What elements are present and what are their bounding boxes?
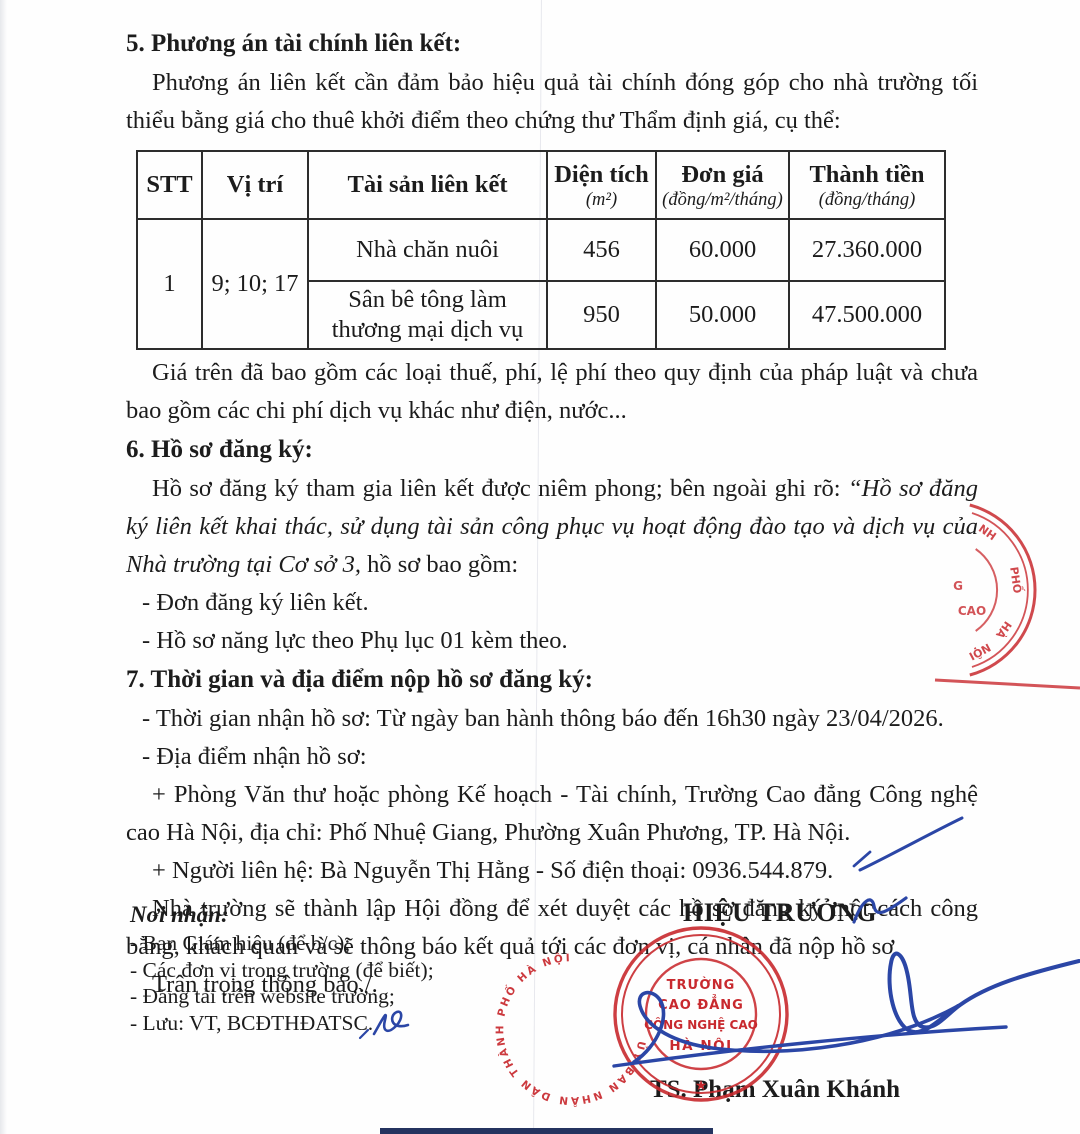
recipients-item-2: - Các đơn vị trong trường (để biết); — [130, 957, 550, 984]
section5-paragraph: Phương án liên kết cần đảm bảo hiệu quả … — [126, 64, 978, 140]
scan-bottom-artifact — [380, 1128, 713, 1134]
cell-unitprice-1: 60.000 — [656, 219, 789, 281]
cell-asset-2: Sân bê tông làm thương mại dịch vụ — [308, 281, 547, 349]
cell-area-2: 950 — [547, 281, 656, 349]
section7-line-1: - Thời gian nhận hồ sơ: Từ ngày ban hành… — [126, 700, 978, 738]
col-header-unitprice: Đơn giá (đồng/m²/tháng) — [656, 151, 789, 219]
signature-stroke-underline — [614, 1027, 1006, 1066]
col-header-vitri: Vị trí — [202, 151, 308, 219]
col-header-total-label: Thành tiền — [809, 161, 924, 188]
section5-heading: 5. Phương án tài chính liên kết: — [126, 24, 978, 64]
recipients-item-3: - Đăng tải trên website trường; — [130, 983, 550, 1010]
col-header-area-label: Diện tích — [554, 161, 649, 188]
cell-asset-1: Nhà chăn nuôi — [308, 219, 547, 281]
signature-stroke-main — [890, 954, 1079, 1032]
financial-table: STT Vị trí Tài sản liên kết Diện tích (m… — [136, 150, 946, 350]
partial-stamp-inner-arc — [976, 549, 997, 631]
pen-mark-after-title-stroke — [854, 898, 906, 922]
pen-initial-loop — [374, 1012, 408, 1034]
recipients-item-1: - Ban Giám hiệu (để b/c); — [130, 930, 550, 957]
partial-stamp-smudge-line — [935, 680, 1080, 688]
col-header-unitprice-unit: (đồng/m²/tháng) — [661, 190, 784, 211]
scanned-document-page: 5. Phương án tài chính liên kết: Phương … — [0, 0, 1080, 1134]
cell-total-1: 27.360.000 — [789, 219, 945, 281]
section7-line-2: - Địa điểm nhận hồ sơ: — [126, 738, 978, 776]
pen-check-slash — [860, 818, 962, 870]
pen-check-tick — [854, 852, 870, 866]
partial-stamp-ring-part-3: HÀ — [993, 619, 1014, 641]
pen-mark-after-title — [846, 886, 926, 934]
signature-scrawl — [556, 878, 1080, 1093]
cell-total-2: 47.500.000 — [789, 281, 945, 349]
pen-check-mark — [848, 812, 968, 874]
section6-item-1: - Đơn đăng ký liên kết. — [126, 584, 978, 622]
scan-edge-shade — [0, 0, 7, 1134]
section6-heading: 6. Hồ sơ đăng ký: — [126, 430, 978, 470]
col-header-total: Thành tiền (đồng/tháng) — [789, 151, 945, 219]
col-header-stt: STT — [137, 151, 202, 219]
section6-item-2: - Hồ sơ năng lực theo Phụ lục 01 kèm the… — [126, 622, 978, 660]
partial-stamp-ring-part-2: PHỐ — [1007, 566, 1026, 594]
partial-stamp-inner-part-1: G — [953, 579, 963, 593]
col-header-total-unit: (đồng/tháng) — [794, 190, 940, 211]
partial-stamp-inner-part-2: CAO — [958, 604, 986, 618]
section7-heading: 7. Thời gian và địa điểm nộp hồ sơ đăng … — [126, 660, 978, 700]
price-note-paragraph: Giá trên đã bao gồm các loại thuế, phí, … — [126, 354, 978, 430]
table-row: 1 9; 10; 17 Nhà chăn nuôi 456 60.000 27.… — [137, 219, 945, 281]
recipients-heading: Nơi nhận: — [130, 900, 550, 930]
partial-stamp-right-edge: NH PHỐ HÀ NỘI G CAO — [880, 470, 1080, 730]
cell-unitprice-2: 50.000 — [656, 281, 789, 349]
col-header-unitprice-label: Đơn giá — [681, 161, 763, 188]
cell-vitri: 9; 10; 17 — [202, 219, 308, 349]
section6-paragraph-start: Hồ sơ đăng ký tham gia liên kết được niê… — [152, 475, 848, 502]
col-header-area: Diện tích (m²) — [547, 151, 656, 219]
pen-initial-comma — [360, 1030, 368, 1038]
pen-initial-mark — [356, 992, 436, 1044]
recipients-block: Nơi nhận: - Ban Giám hiệu (để b/c); - Cá… — [130, 900, 550, 1036]
cell-stt: 1 — [137, 219, 202, 349]
col-header-asset: Tài sản liên kết — [308, 151, 547, 219]
table-header-row: STT Vị trí Tài sản liên kết Diện tích (m… — [137, 151, 945, 219]
recipients-item-4: - Lưu: VT, BCĐTHĐATSC. — [130, 1010, 550, 1037]
section6-paragraph: Hồ sơ đăng ký tham gia liên kết được niê… — [126, 470, 978, 584]
section6-paragraph-end: hồ sơ bao gồm: — [361, 551, 518, 578]
col-header-area-unit: (m²) — [552, 190, 651, 211]
cell-area-1: 456 — [547, 219, 656, 281]
